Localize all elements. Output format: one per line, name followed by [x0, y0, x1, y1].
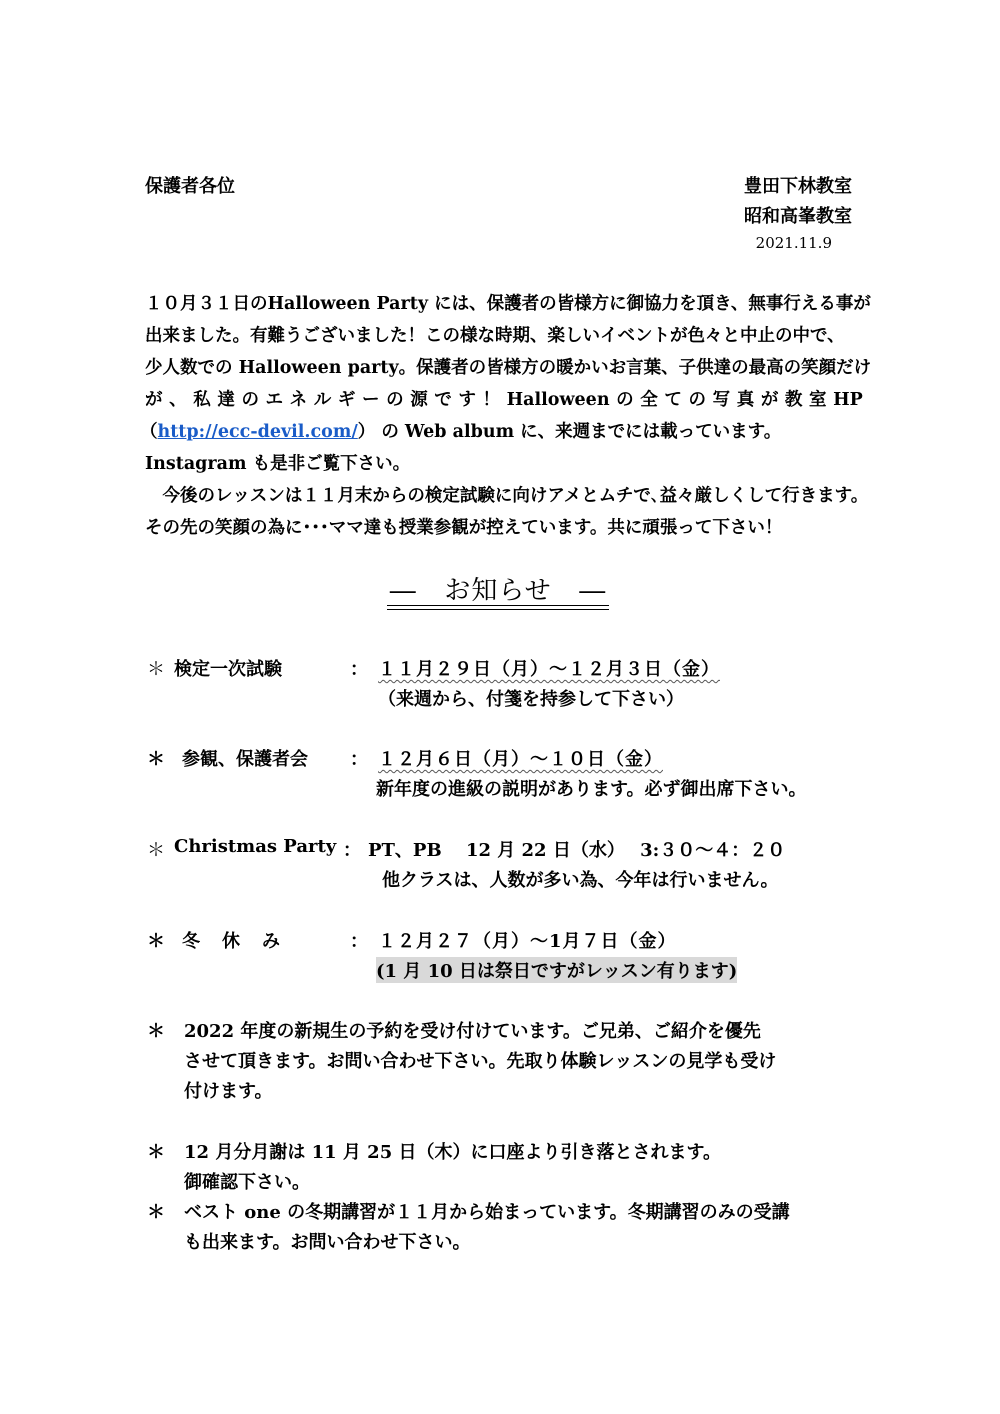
word: 教: [785, 384, 803, 416]
word: 達: [217, 384, 235, 416]
announcement-line: 付けます。: [184, 1077, 273, 1103]
item-colon: ：: [350, 655, 368, 681]
item-value: １２月６日（月）～１０日（金）: [378, 745, 663, 771]
asterisk-icon: ＊: [147, 1198, 165, 1224]
announcement-line: ベスト one の冬期講習が１１月から始まっています。冬期講習のみの受講: [184, 1198, 790, 1224]
paren-close: ）: [358, 422, 376, 442]
word: Halloween: [507, 384, 610, 416]
item-colon: ：: [343, 836, 361, 862]
notice-heading: ― お知らせ ―: [387, 570, 609, 607]
item-colon: ：: [350, 745, 368, 771]
item-label: 検定一次試験: [174, 655, 282, 681]
body-line-4: が 、 私 達 の エ ネ ル ギ ー の 源 で す ！ Halloween …: [145, 384, 863, 416]
sender-2: 昭和高峯教室: [744, 202, 852, 228]
word: ル: [314, 384, 332, 416]
instagram-line: Instagram も是非ご覧下さい。: [145, 448, 410, 480]
sender-1: 豊田下林教室: [744, 172, 852, 198]
announcement-line: 2022 年度の新規生の予約を受け付けています。ご兄弟、ご紹介を優先: [184, 1017, 761, 1043]
body-line-3: 少人数での Halloween party。保護者の皆様方の暖かいお言葉、子供達…: [145, 352, 871, 384]
asterisk-icon: ＊: [147, 1017, 165, 1043]
body-line-5: （http://ecc-devil.com/） の Web album に、来週…: [140, 416, 781, 448]
word: の: [616, 384, 634, 416]
word: の: [688, 384, 706, 416]
link-line-rest: の Web album に、来週までには載っています。: [375, 422, 781, 442]
lessons-line: 今後のレッスンは１１月末からの検定試験に向けアメとムチで､益々厳しくして行きます…: [145, 480, 868, 512]
word: 源: [410, 384, 428, 416]
word: が: [145, 384, 163, 416]
dash-right: ―: [579, 576, 606, 606]
item-colon: ：: [350, 927, 368, 953]
word: 室: [809, 384, 827, 416]
word: 全: [640, 384, 658, 416]
word: て: [664, 384, 682, 416]
word: ギ: [338, 384, 356, 416]
body-line-2: 出来ました。有難うございました！この様な時期、楽しいイベントが色々と中止の中で、: [145, 320, 845, 352]
word: ！: [483, 384, 501, 416]
addressee: 保護者各位: [145, 172, 235, 198]
item-note-highlighted: (1 月 10 日は祭日ですがレッスン有ります): [376, 957, 737, 983]
notice-title: お知らせ: [444, 576, 551, 606]
document-date: 2021.11.9: [756, 234, 832, 252]
word: エ: [266, 384, 284, 416]
body-line-1: １０月３１日のHalloween Party には、保護者の皆様方に御協力を頂き…: [145, 288, 871, 320]
word: ー: [362, 384, 380, 416]
title-underline-1: [387, 605, 609, 606]
asterisk-icon: ＊: [147, 745, 165, 771]
item-label: Christmas Party: [174, 836, 336, 857]
announcement-line: 12 月分月謝は 11 月 25 日（木）に口座より引き落とされます。: [184, 1138, 721, 1164]
item-value: PT、PB 12 月 22 日（水） 3:３０～４：２０: [368, 836, 785, 862]
asterisk-icon: ＊: [147, 655, 165, 681]
item-note: 新年度の進級の説明があります。必ず御出席下さい。: [376, 775, 807, 801]
item-label: 冬 休 み: [182, 927, 282, 953]
word: 真: [737, 384, 755, 416]
word: が: [761, 384, 779, 416]
word: で: [434, 384, 452, 416]
paren-open: （: [140, 422, 158, 442]
word: 、: [169, 384, 187, 416]
item-note: （来週から、付箋を持参して下さい）: [378, 685, 684, 711]
announcement-line: 御確認下さい。: [184, 1168, 310, 1194]
asterisk-icon: ＊: [147, 1138, 165, 1164]
item-label: 参観、保護者会: [182, 745, 308, 771]
word: の: [241, 384, 259, 416]
announcement-line: も出来ます。お問い合わせ下さい。: [184, 1228, 471, 1254]
dash-left: ―: [390, 576, 417, 606]
website-link[interactable]: http://ecc-devil.com/: [158, 422, 358, 442]
word: の: [386, 384, 404, 416]
word: 私: [193, 384, 211, 416]
item-value: １２月２７（月）～1月７日（金）: [378, 927, 677, 953]
item-note: 他クラスは、人数が多い為、今年は行いません。: [382, 866, 779, 892]
item-value: １１月２９日（月）～１２月３日（金）: [378, 655, 720, 681]
asterisk-icon: ＊: [147, 927, 165, 953]
asterisk-icon: ＊: [147, 836, 165, 862]
word: す: [458, 384, 476, 416]
word: ネ: [290, 384, 308, 416]
word: 写: [713, 384, 731, 416]
closing-line: その先の笑顔の為に･･･ママ達も授業参観が控えています。共に頑張って下さい！: [145, 512, 782, 544]
title-underline-2: [387, 609, 609, 610]
word: HP: [833, 384, 863, 416]
announcement-line: させて頂きます。お問い合わせ下さい。先取り体験レッスンの見学も受け: [184, 1047, 776, 1073]
